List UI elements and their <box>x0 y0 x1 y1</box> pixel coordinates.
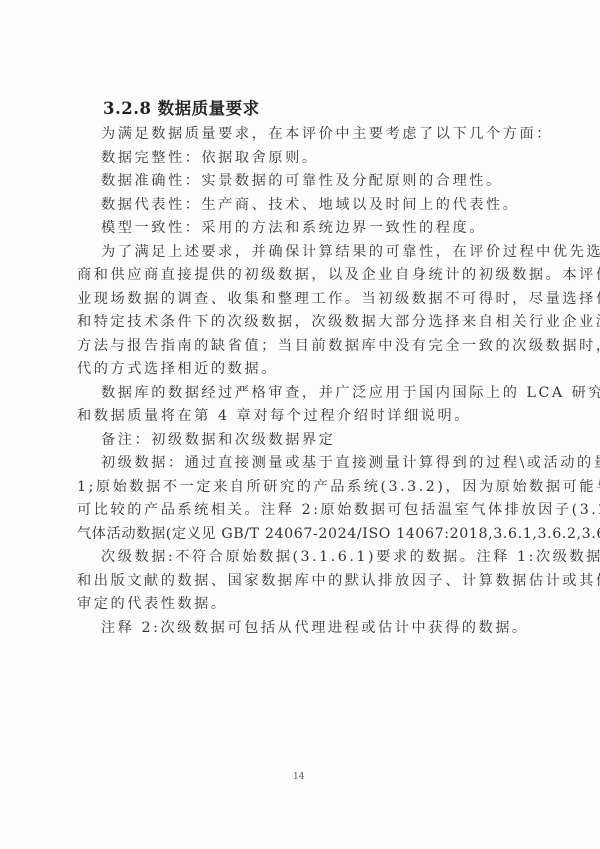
paragraph-line: 1;原始数据不一定来自所研究的产品系统(3.3.2)，因为原始数据可能与研究的不… <box>77 476 600 496</box>
paragraph-line: 为满足数据质量要求，在本评价中主要考虑了以下几个方面： <box>101 123 553 143</box>
paragraph-line: 可比较的产品系统相关。注释 2:原始数据可包括温室气体排放因子(3.2.7)和/… <box>77 499 600 519</box>
paragraph-line: 方法与报告指南的缺省值；当目前数据库中没有完全一致的次级数据时，采用近似替 <box>77 335 600 355</box>
paragraph-line: 审定的代表性数据。 <box>77 593 228 613</box>
paragraph-line: 和出版文献的数据、国家数据库中的默认排放因子、计算数据估计或其他经主管当局 <box>77 570 600 590</box>
paragraph-line: 数据代表性：生产商、技术、地域以及时间上的代表性。 <box>101 194 519 214</box>
section-heading: 3.2.8 数据质量要求 <box>103 95 260 119</box>
paragraph-line: 和特定技术条件下的次级数据，次级数据大部分选择来自相关行业企业温室气体核算 <box>77 311 600 331</box>
paragraph-line: 注释 2:次级数据可包括从代理进程或估计中获得的数据。 <box>101 617 529 637</box>
page-number: 14 <box>293 772 304 782</box>
paragraph-line: 气体活动数据(定义见 GB/T 24067-2024/ISO 14067:201… <box>77 523 600 543</box>
paragraph-line: 次级数据:不符合原始数据(3.1.6.1)要求的数据。注释 1:次级数据可包括数… <box>101 546 600 566</box>
paragraph-line: 和数据质量将在第 4 章对每个过程介绍时详细说明。 <box>77 405 471 425</box>
paragraph-line: 备注：初级数据和次级数据界定 <box>101 429 335 449</box>
paragraph-line: 商和供应商直接提供的初级数据，以及企业自身统计的初级数据。本评价在进行了企 <box>77 264 600 284</box>
paragraph-line: 代的方式选择相近的数据。 <box>77 358 278 378</box>
paragraph-line: 初级数据：通过直接测量或基于直接测量计算得到的过程\或活动的量化值。注释 <box>101 452 600 472</box>
paragraph-line: 模型一致性：采用的方法和系统边界一致性的程度。 <box>101 217 486 237</box>
paragraph-line: 业现场数据的调查、收集和整理工作。当初级数据不可得时，尽量选择代表区域平均 <box>77 288 600 308</box>
paragraph-line: 数据库的数据经过严格审查，并广泛应用于国内国际上的 LCA 研究。各个数据集 <box>101 382 600 402</box>
paragraph-line: 数据完整性：依据取舍原则。 <box>101 147 319 167</box>
paragraph-line: 数据准确性：实景数据的可靠性及分配原则的合理性。 <box>101 170 503 190</box>
document-page: 3.2.8 数据质量要求 为满足数据质量要求，在本评价中主要考虑了以下几个方面：… <box>0 0 600 849</box>
paragraph-line: 为了满足上述要求，并确保计算结果的可靠性，在评价过程中优先选择来自生产 <box>101 241 600 261</box>
